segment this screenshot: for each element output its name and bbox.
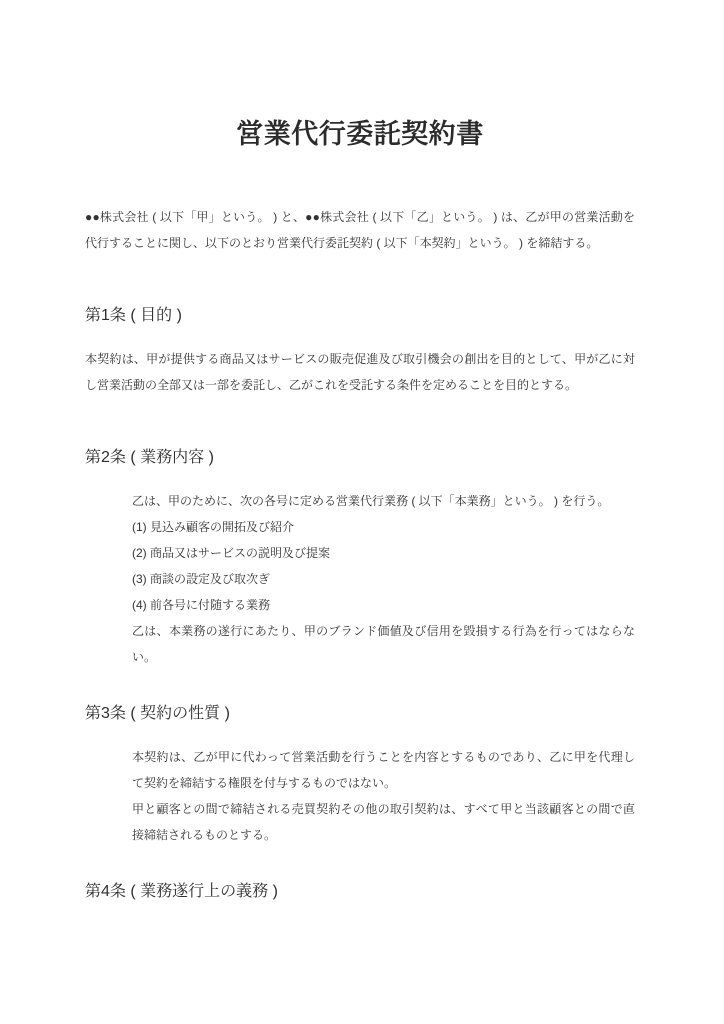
document-content: ●●株式会社 ( 以下「甲」という。 ) と、●●株式会社 ( 以下「乙」という… xyxy=(85,204,635,904)
section-paragraph: (2) 商品又はサービスの説明及び提案 xyxy=(132,540,635,566)
contract-section: 第1条 ( 目的 )本契約は、甲が提供する商品又はサービスの販売促進及び取引機会… xyxy=(85,304,635,398)
document-title: 営業代行委託契約書 xyxy=(85,114,635,154)
section-paragraph: (4) 前各号に付随する業務 xyxy=(132,592,635,618)
section-paragraph: 本契約は、乙が甲に代わって営業活動を行うことを内容とするものであり、乙に甲を代理… xyxy=(132,744,635,796)
contract-section: 第4条 ( 業務遂行上の義務 ) xyxy=(85,880,635,904)
section-body: 本契約は、甲が提供する商品又はサービスの販売促進及び取引機会の創出を目的として、… xyxy=(85,346,635,398)
section-paragraph: 乙は、甲のために、次の各号に定める営業代行業務 ( 以下「本業務」という。 ) … xyxy=(132,488,635,514)
contract-document-page: 営業代行委託契約書 ●●株式会社 ( 以下「甲」という。 ) と、●●株式会社 … xyxy=(0,0,724,1024)
section-paragraph: (3) 商談の設定及び取次ぎ xyxy=(132,566,635,592)
contract-section: 第3条 ( 契約の性質 )本契約は、乙が甲に代わって営業活動を行うことを内容とす… xyxy=(85,702,635,848)
contract-section: 第2条 ( 業務内容 )乙は、甲のために、次の各号に定める営業代行業務 ( 以下… xyxy=(85,446,635,670)
section-body: 乙は、甲のために、次の各号に定める営業代行業務 ( 以下「本業務」という。 ) … xyxy=(85,488,635,670)
sections-container: 第1条 ( 目的 )本契約は、甲が提供する商品又はサービスの販売促進及び取引機会… xyxy=(85,304,635,904)
section-paragraph: (1) 見込み顧客の開拓及び紹介 xyxy=(132,514,635,540)
section-heading: 第4条 ( 業務遂行上の義務 ) xyxy=(85,880,635,904)
section-paragraph: 甲と顧客との間で締結される売買契約その他の取引契約は、すべて甲と当該顧客との間で… xyxy=(132,796,635,848)
section-heading: 第3条 ( 契約の性質 ) xyxy=(85,702,635,726)
section-paragraph: 乙は、本業務の遂行にあたり、甲のブランド価値及び信用を毀損する行為を行ってはなら… xyxy=(132,618,635,670)
section-heading: 第2条 ( 業務内容 ) xyxy=(85,446,635,470)
section-heading: 第1条 ( 目的 ) xyxy=(85,304,635,328)
section-body: 本契約は、乙が甲に代わって営業活動を行うことを内容とするものであり、乙に甲を代理… xyxy=(85,744,635,848)
section-paragraph: 本契約は、甲が提供する商品又はサービスの販売促進及び取引機会の創出を目的として、… xyxy=(85,346,635,398)
intro-paragraph: ●●株式会社 ( 以下「甲」という。 ) と、●●株式会社 ( 以下「乙」という… xyxy=(85,204,635,256)
